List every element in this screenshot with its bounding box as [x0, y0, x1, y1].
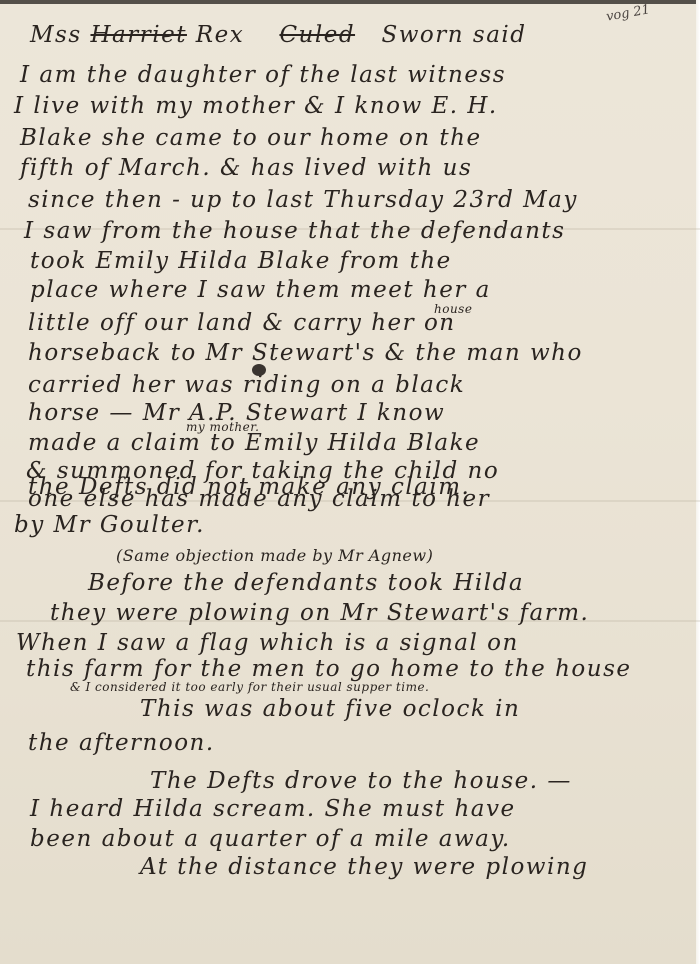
page-right-edge [696, 0, 700, 964]
cross-line: this farm for the men to go home to the … [26, 656, 632, 682]
cross-exam-label: by Mr Goulter. [14, 512, 205, 538]
testimony-line: since then - up to last Thursday 23rd Ma… [28, 187, 578, 213]
testimony-line: I saw from the house that the defendants [24, 218, 565, 244]
objection-note: (Same objection made by Mr Agnew) [116, 546, 433, 565]
ink-blot [252, 364, 266, 376]
cross-line: When I saw a flag which is a signal on [16, 630, 519, 656]
testimony-line: I am the daughter of the last witness [20, 62, 506, 88]
interlinear-house: house [434, 302, 472, 316]
heading-line: Mss Harriet Rex Culed Sworn said [30, 22, 527, 48]
testimony-line: place where I saw them meet her a [30, 277, 491, 303]
testimony-line: carried her was riding on a black [28, 372, 465, 398]
cross-line: Before the defendants took Hilda [88, 570, 524, 596]
cross-line: been about a quarter of a mile away. [30, 826, 511, 852]
cross-line: This was about five oclock in [140, 696, 520, 722]
testimony-line: horseback to Mr Stewart's & the man who [28, 340, 583, 366]
heading-prefix: Mss [30, 22, 82, 48]
heading-struck-name: Harriet [90, 22, 186, 48]
heading-struck-word: Culed [279, 22, 355, 48]
cross-line: The Defts drove to the house. — [150, 768, 572, 794]
page-number: vog 21 [605, 2, 651, 24]
heading-name: Rex [196, 22, 244, 48]
testimony-line: took Emily Hilda Blake from the [30, 248, 452, 274]
testimony-line: I live with my mother & I know E. H. [14, 93, 498, 119]
testimony-line: little off our land & carry her on [28, 310, 456, 336]
testimony-line: Blake she came to our home on the [20, 125, 482, 151]
cross-line: I heard Hilda scream. She must have [30, 796, 516, 822]
testimony-line-last: the Defts did not make any claim. [28, 474, 470, 500]
testimony-line: fifth of March. & has lived with us [20, 155, 472, 181]
cross-line: At the distance they were plowing [140, 854, 588, 880]
document-page: vog 21 Mss Harriet Rex Culed Sworn said … [0, 0, 700, 964]
cross-line: they were plowing on Mr Stewart's farm. [50, 600, 589, 626]
cross-line-inserted: & I considered it too early for their us… [70, 680, 429, 694]
interlinear-my-mother: my mother. [186, 420, 259, 434]
page-top-edge [0, 0, 700, 4]
cross-line: the afternoon. [28, 730, 215, 756]
heading-suffix: Sworn said [381, 22, 526, 48]
